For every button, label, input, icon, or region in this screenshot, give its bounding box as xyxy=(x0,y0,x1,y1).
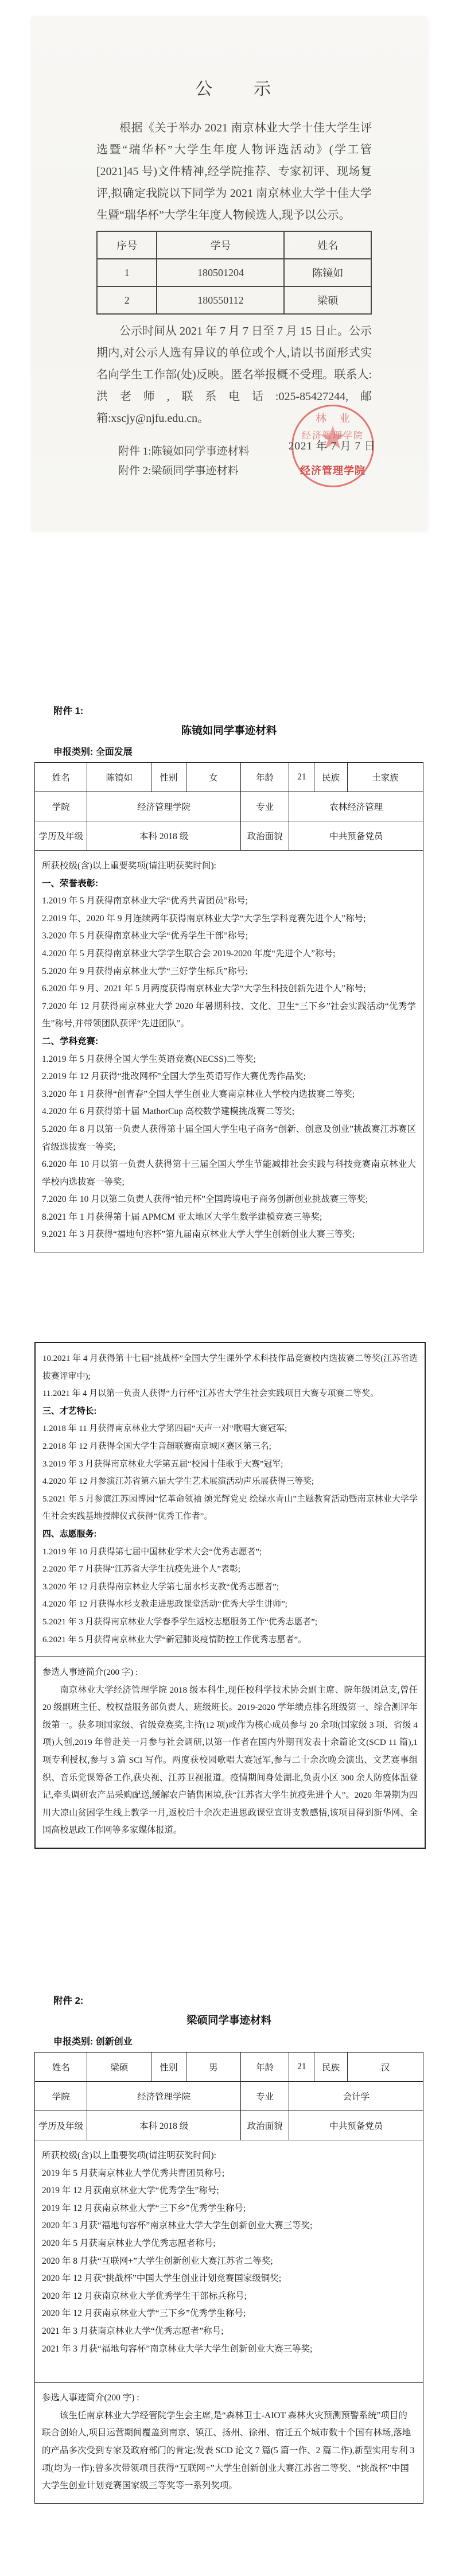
candidate-table-header-cell: 序号 xyxy=(97,231,157,259)
award-item: 9.2021 年 3 月获得“福地句容杯”第九届南京林业大学大学生创新创业大赛三… xyxy=(42,1226,416,1244)
info-row-3: 学历及年级 本科 2018 级 政治面貌 中共预备党员 xyxy=(35,821,423,851)
label-college: 学院 xyxy=(35,2082,87,2111)
volunteer-heading: 四、志愿服务: xyxy=(42,1526,418,1543)
award-item: 2020 年 5 月获南京林业大学优秀志愿者称号; xyxy=(42,2235,416,2253)
value-age: 21 xyxy=(289,2053,314,2082)
info-row-1: 姓名 梁硕 性别 男 年龄 21 民族 汉 xyxy=(35,2053,423,2082)
award-item: 2020 年 12 月获南京林业大学“三下乡”优秀学生称号; xyxy=(42,2305,416,2323)
candidate-student-id: 180501204 xyxy=(157,259,284,286)
award-item: 2020 年 8 月获“互联网+”大学生创新创业大赛江苏省二等奖; xyxy=(42,2253,416,2271)
profile-label: 参选人事迹简介(200 字) : xyxy=(42,1664,418,1682)
value-gender: 男 xyxy=(186,2053,241,2082)
award-item: 3.2019 年 3 月获得南京林业大学第五届“校园十佳歌手大赛”冠军; xyxy=(42,1456,418,1473)
award-item: 4.2020 年 12 月参演江苏省第六届大学生艺术展演活动声乐展获得三等奖; xyxy=(42,1473,418,1491)
attachment2-page: 附件 2: 梁硕同学事迹材料 申报类别: 创新创业 姓名 梁硕 性别 男 年龄 … xyxy=(34,1993,423,2504)
candidate-row: 1 180501204 陈镜如 xyxy=(97,259,371,286)
profile-row: 参选人事迹简介(200 字) : 该生任南京林业大学经管院学生会主席,是“森林卫… xyxy=(35,2383,423,2504)
award-item: 2021 年 3 月获“福地句容杯”南京林业大学大学生创新创业大赛三等奖; xyxy=(42,2341,416,2358)
award-item: 3.2020 年 1 月获得“创青春”全国大学生创业大赛南京林业大学校内选拔赛二… xyxy=(42,1086,416,1104)
candidate-name: 陈镜如 xyxy=(284,259,371,286)
label-name: 姓名 xyxy=(35,763,87,792)
value-major: 农林经济管理 xyxy=(289,792,423,821)
attachment2-profile-text: 该生任南京林业大学经管院学生会主席,是“森林卫士-AIOT 森林火灾预测预警系统… xyxy=(42,2407,416,2495)
value-political: 中共预备党员 xyxy=(289,2111,423,2140)
label-major: 专业 xyxy=(240,2082,289,2111)
competitions-list: 1.2019 年 5 月获得全国大学生英语竞赛(NECSS)二等奖;2.2019… xyxy=(42,1051,416,1244)
value-ethnicity: 汉 xyxy=(347,2053,423,2082)
candidate-table-header-cell: 姓名 xyxy=(284,231,371,259)
value-degree: 本科 2018 级 xyxy=(87,821,240,851)
attachment2-category: 申报类别: 创新创业 xyxy=(53,2034,423,2047)
award-item: 5.2020 年 9 月获得南京林业大学“三好学生标兵”称号; xyxy=(42,963,416,981)
scanned-announcement: 公 示 根据《关于举办 2021 南京林业大学十佳大学生评选暨“瑞华杯”大学生年… xyxy=(32,17,427,531)
award-item: 2020 年 12 月获南京林业大学优秀学生干部标兵称号; xyxy=(42,2288,416,2306)
label-age: 年龄 xyxy=(240,2053,289,2082)
label-college: 学院 xyxy=(35,792,87,821)
value-major: 会计学 xyxy=(289,2082,423,2111)
value-political: 中共预备党员 xyxy=(289,821,423,851)
value-name: 梁硕 xyxy=(87,2053,151,2082)
award-item: 4.2020 年 5 月获得南京林业大学学生联合会 2019-2020 年度“先… xyxy=(42,945,416,963)
value-college: 经济管理学院 xyxy=(87,2082,240,2111)
award-item: 2021 年 3 月获南京林业大学“优秀志愿者”称号; xyxy=(42,2323,416,2341)
candidate-table-header-row: 序号学号姓名 xyxy=(97,231,371,259)
attachment1-profile-cell: 参选人事迹简介(200 字) : 南京林业大学经济管理学院 2018 级本科生,… xyxy=(36,1656,425,1848)
info-row-2: 学院 经济管理学院 专业 会计学 xyxy=(35,2082,423,2111)
award-item: 8.2021 年 1 月获得第十届 APMCM 亚太地区大学生数学建模竞赛三等奖… xyxy=(42,1209,416,1227)
volunteer-list: 1.2019 年 10 月获得第七届中国林业学术大会“优秀志愿者”;2.2020… xyxy=(42,1543,418,1649)
award-item: 6.2020 年 10 月以第一负责人获得第十三届全国大学生节能减排社会实践与科… xyxy=(42,1156,416,1191)
attachment2-label: 附件 2: xyxy=(53,1993,423,2007)
attachment1-page2: 10.2021 年 4 月获得第十七届“挑战杯”全国大学生课外学术科技作品竞赛校… xyxy=(34,1342,426,1849)
award-item: 4.2020 年 12 月获得水杉支教走进思政课堂活动“优秀大学生讲师”; xyxy=(42,1596,418,1613)
awards-header: 所获校级(含)以上重要奖项(请注明获奖时间): xyxy=(42,2147,416,2165)
award-item: 2.2019 年、2020 年 9 月连续两年获得南京林业大学“大学生学科竞赛先… xyxy=(42,910,416,928)
award-item: 2.2020 年 7 月获得“江苏省大学生抗疫先进个人”表彰; xyxy=(42,1561,418,1578)
info-row-3: 学历及年级 本科 2018 级 政治面貌 中共预备党员 xyxy=(35,2111,423,2140)
award-item: 11.2021 年 4 月以第一负责人获得“力行杯”江苏省大学生社会实践项目大赛… xyxy=(42,1385,418,1403)
label-ethnicity: 民族 xyxy=(314,763,348,792)
attachment2-info-table: 姓名 梁硕 性别 男 年龄 21 民族 汉 学院 经济管理学院 专业 会计学 学… xyxy=(34,2052,423,2504)
award-item: 5.2021 年 5 月参演江苏园博园“忆革命领袖 颂光辉党史 绘绿水青山”主题… xyxy=(42,1491,418,1526)
award-item: 6.2021 年 5 月获得南京林业大学“新冠肺炎疫情防控工作优秀志愿者”。 xyxy=(42,1631,418,1649)
label-political: 政治面貌 xyxy=(240,821,289,851)
profile-label: 参选人事迹简介(200 字) : xyxy=(42,2389,416,2407)
candidate-student-id: 180550112 xyxy=(157,286,284,314)
label-gender: 性别 xyxy=(151,2053,186,2082)
award-item: 1.2019 年 10 月获得第七届中国林业学术大会“优秀志愿者”; xyxy=(42,1543,418,1561)
attachment2-profile-cell: 参选人事迹简介(200 字) : 该生任南京林业大学经管院学生会主席,是“森林卫… xyxy=(35,2383,423,2504)
attachment2-title: 梁硕同学事迹材料 xyxy=(34,2012,423,2027)
awards-row: 所获校级(含)以上重要奖项(请注明获奖时间): 2019 年 5 月获南京林业大… xyxy=(35,2140,423,2383)
competitions-cont-list: 10.2021 年 4 月获得第十七届“挑战杯”全国大学生课外学术科技作品竞赛校… xyxy=(42,1350,418,1403)
value-degree: 本科 2018 级 xyxy=(87,2111,240,2140)
label-degree: 学历及年级 xyxy=(35,2111,87,2140)
honors-heading: 一、荣誉表彰: xyxy=(42,875,416,893)
candidate-table-body: 1 180501204 陈镜如 2 180550112 梁硕 xyxy=(97,259,371,314)
award-item: 6.2020 年 9 月、2021 年 5 月两度获得南京林业大学“大学生科技创… xyxy=(42,980,416,998)
award-item: 2020 年 12 月获“挑战杯”中国大学生创业计划竞赛国家级铜奖; xyxy=(42,2270,416,2288)
announcement-paragraph-1: 根据《关于举办 2021 南京林业大学十佳大学生评选暨“瑞华杯”大学生年度人物评… xyxy=(96,117,372,226)
candidate-name: 梁硕 xyxy=(284,286,371,314)
talents-list: 1.2018 年 11 月获得南京林业大学第四届“天声一对”歌唱大赛冠军;2.2… xyxy=(42,1420,418,1526)
label-name: 姓名 xyxy=(35,2053,87,2082)
candidate-no: 2 xyxy=(97,286,157,314)
attachment1-label: 附件 1: xyxy=(53,703,423,717)
announcement-date: 2021 年 7 月 7 日 xyxy=(289,437,376,453)
label-political: 政治面貌 xyxy=(240,2111,289,2140)
value-gender: 女 xyxy=(186,763,241,792)
awards-row: 所获校级(含)以上重要奖项(请注明获奖时间): 一、荣誉表彰: 1.2019 年… xyxy=(35,851,423,1252)
award-item: 5.2021 年 3 月获得南京林业大学春季学生返校志愿服务工作“优秀志愿者”; xyxy=(42,1613,418,1631)
award-item: 4.2020 年 6 月获得第十届 MathorCup 高校数学建模挑战赛二等奖… xyxy=(42,1103,416,1121)
info-row-2: 学院 经济管理学院 专业 农林经济管理 xyxy=(35,792,423,821)
award-item: 1.2019 年 5 月获得南京林业大学“优秀共青团员”称号; xyxy=(42,893,416,910)
talents-heading: 三、才艺特长: xyxy=(42,1403,418,1421)
candidate-table-header-cell: 学号 xyxy=(157,231,284,259)
award-item: 5.2020 年 8 月以第一负责人获得第十届全国大学生电子商务“创新、创意及创… xyxy=(42,1121,416,1156)
candidate-row: 2 180550112 梁硕 xyxy=(97,286,371,314)
honors-list: 1.2019 年 5 月获得南京林业大学“优秀共青团员”称号;2.2019 年、… xyxy=(42,893,416,1033)
award-item: 2019 年 12 月获南京林业大学“优秀学生”称号; xyxy=(42,2182,416,2200)
award-item: 7.2020 年 12 月获得南京林业大学 2020 年暑期科技、文化、卫生“三… xyxy=(42,998,416,1033)
award-item: 2.2018 年 12 月获得全国大学生音超联赛南京城区赛区第三名; xyxy=(42,1438,418,1456)
award-item: 10.2021 年 4 月获得第十七届“挑战杯”全国大学生课外学术科技作品竞赛校… xyxy=(42,1350,418,1385)
competitions-heading: 二、学科竞赛: xyxy=(42,1033,416,1051)
value-college: 经济管理学院 xyxy=(87,792,240,821)
awards-cell: 所获校级(含)以上重要奖项(请注明获奖时间): 2019 年 5 月获南京林业大… xyxy=(35,2140,423,2383)
awards-list: 2019 年 5 月获南京林业大学优秀共青团员称号;2019 年 12 月获南京… xyxy=(42,2165,416,2358)
document-page: 公 示 根据《关于举办 2021 南京林业大学十佳大学生评选暨“瑞华杯”大学生年… xyxy=(0,0,455,2576)
value-age: 21 xyxy=(289,763,314,792)
candidate-table: 序号学号姓名 1 180501204 陈镜如 2 180550112 梁硕 xyxy=(96,231,372,315)
award-item: 3.2020 年 12 月获得南京林业大学第七届水杉支教“优秀志愿者”; xyxy=(42,1578,418,1596)
announcement-title: 公 示 xyxy=(96,75,372,100)
attachment1-category: 申报类别: 全面发展 xyxy=(53,744,423,758)
attachment1-info-table: 姓名 陈镜如 性别 女 年龄 21 民族 土家族 学院 经济管理学院 专业 农林… xyxy=(34,762,423,1252)
value-name: 陈镜如 xyxy=(87,763,151,792)
label-major: 专业 xyxy=(240,792,289,821)
award-item: 3.2020 年 5 月获得南京林业大学“优秀学生干部”称号; xyxy=(42,928,416,945)
label-age: 年龄 xyxy=(240,763,289,792)
attachment1-profile-text: 南京林业大学经济管理学院 2018 级本科生,现任校科学技术协会副主席、院年级团… xyxy=(42,1682,418,1840)
award-item: 1.2018 年 11 月获得南京林业大学第四届“天声一对”歌唱大赛冠军; xyxy=(42,1420,418,1438)
value-ethnicity: 土家族 xyxy=(347,763,423,792)
award-item: 2.2019 年 12 月获得“批改网杯”全国大学生英语写作大赛优秀作品奖; xyxy=(42,1068,416,1086)
label-ethnicity: 民族 xyxy=(314,2053,348,2082)
awards-header: 所获校级(含)以上重要奖项(请注明获奖时间): xyxy=(42,858,416,875)
info-row-1: 姓名 陈镜如 性别 女 年龄 21 民族 土家族 xyxy=(35,763,423,792)
award-item: 7.2020 年 10 月以第二负责人获得“铂元杯”全国跨境电子商务创新创业挑战… xyxy=(42,1191,416,1209)
awards-cell: 所获校级(含)以上重要奖项(请注明获奖时间): 一、荣誉表彰: 1.2019 年… xyxy=(35,851,423,1252)
label-degree: 学历及年级 xyxy=(35,821,87,851)
awards-continuation-cell: 10.2021 年 4 月获得第十七届“挑战杯”全国大学生课外学术科技作品竞赛校… xyxy=(36,1343,425,1656)
award-item: 2019 年 5 月获南京林业大学优秀共青团员称号; xyxy=(42,2165,416,2183)
award-item: 1.2019 年 5 月获得全国大学生英语竞赛(NECSS)二等奖; xyxy=(42,1051,416,1069)
attachment1-page1: 附件 1: 陈镜如同学事迹材料 申报类别: 全面发展 姓名 陈镜如 性别 女 年… xyxy=(34,703,423,1252)
seal-bottom-text: 经济管理学院 xyxy=(293,463,372,478)
award-item: 2019 年 12 月获南京林业大学“三下乡”优秀学生称号; xyxy=(42,2200,416,2218)
label-gender: 性别 xyxy=(151,763,186,792)
attachment1-title: 陈镜如同学事迹材料 xyxy=(34,723,423,738)
candidate-no: 1 xyxy=(97,259,157,286)
award-item: 2020 年 3 月获“福地句容杯”南京林业大学大学生创新创业大赛三等奖; xyxy=(42,2217,416,2235)
